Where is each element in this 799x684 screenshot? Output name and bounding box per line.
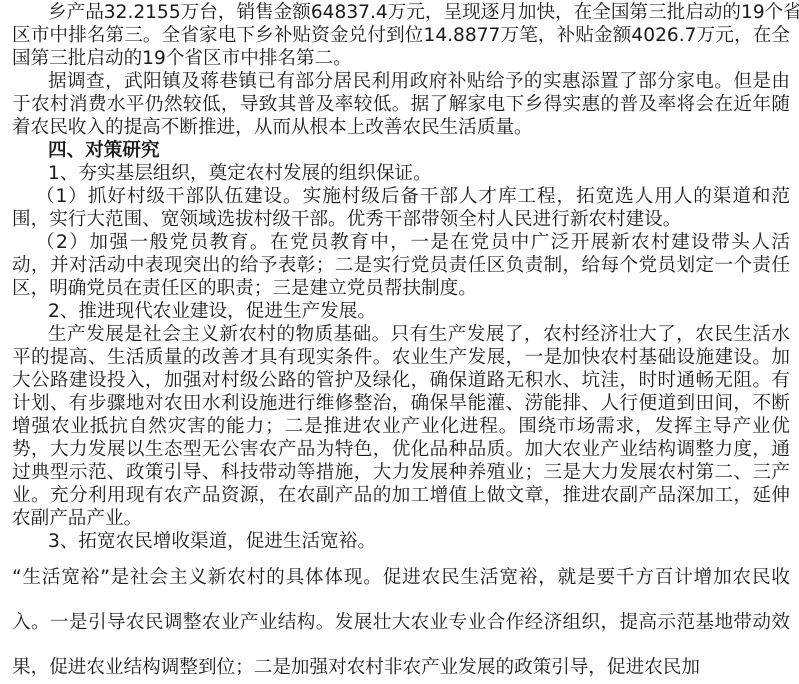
section-heading: 四、对策研究 xyxy=(48,139,790,162)
paragraph-line: 于农村消费水平仍然较低，导致其普及率较低。据了解家电下乡得实惠的普及率将会在近年… xyxy=(12,93,790,116)
paragraph-line: （2）加强一般党员教育。在党员教育中，一是在党员中广泛开展新农村建设带头人活 xyxy=(36,231,790,254)
subsection-heading: 2、推进现代农业建设，促进生产发展。 xyxy=(48,300,790,323)
paragraph-line: 业。充分利用现有农产品资源，在农副产品的加工增值上做文章，推进农副产品深加工，延… xyxy=(12,484,790,507)
paragraph-line: 农副产品产业。 xyxy=(12,507,790,530)
paragraph-line: 入。一是引导农民调整农业产业结构。发展壮大农业专业合作经济组织，提高示范基地带动… xyxy=(12,611,790,634)
paragraph-line: 国第三批启动的19个省区市中排名第二。 xyxy=(12,47,790,70)
paragraph-line: 果，促进农业结构调整到位；二是加强对农村非农产业发展的政策引导，促进农民加 xyxy=(12,656,790,679)
paragraph-line: “生活宽裕”是社会主义新农村的具体体现。促进农民生活宽裕，就是要千方百计增加农民… xyxy=(12,566,790,589)
document-page: 乡产品32.2155万台，销售金额64837.4万元，呈现逐月加快，在全国第三批… xyxy=(0,0,799,684)
paragraph-line: 计划、有步骤地对农田水利设施进行维修整治，确保旱能灌、涝能排、人行便道到田间，不… xyxy=(12,392,790,415)
paragraph-line: 区市中排名第三。全省家电下乡补贴资金兑付到位14.8877万笔，补贴金额4026… xyxy=(12,24,790,47)
paragraph-line: 过典型示范、政策引导、科技带动等措施，大力发展种养殖业；三是大力发展农村第二、三… xyxy=(12,461,790,484)
paragraph-line: 生产发展是社会主义新农村的物质基础。只有生产发展了，农村经济壮大了，农民生活水 xyxy=(48,323,790,346)
paragraph-line: 平的提高、生活质量的改善才具有现实条件。农业生产发展，一是加快农村基础设施建设。… xyxy=(12,346,790,369)
paragraph-line: 动，并对活动中表现突出的给予表彰；二是实行党员责任区负责制，给每个党员划定一个责… xyxy=(12,254,790,277)
paragraph-line: 大公路建设投入，加强对村级公路的管护及绿化，确保道路无积水、坑洼，时时通畅无阻。… xyxy=(12,369,790,392)
paragraph-line: （1）抓好村级干部队伍建设。实施村级后备干部人才库工程，拓宽选人用人的渠道和范 xyxy=(36,185,790,208)
paragraph-line: 区，明确党员在责任区的职责；三是建立党员帮扶制度。 xyxy=(12,277,790,300)
paragraph-line: 势，大力发展以生态型无公害农产品为特色，优化品种品质。加大农业产业结构调整力度，… xyxy=(12,438,790,461)
subsection-heading: 3、拓宽农民增收渠道，促进生活宽裕。 xyxy=(48,530,790,553)
paragraph-line: 增强农业抵抗自然灾害的能力；二是推进农业产业化进程。围绕市场需求，发挥主导产业优 xyxy=(12,415,790,438)
paragraph-line: 着农民收入的提高不断推进，从而从根本上改善农民生活质量。 xyxy=(12,116,790,139)
paragraph-line: 围，实行大范围、宽领域选拔村级干部。优秀干部带领全村人民进行新农村建设。 xyxy=(12,208,790,231)
paragraph-line: 乡产品32.2155万台，销售金额64837.4万元，呈现逐月加快，在全国第三批… xyxy=(48,1,790,24)
paragraph-line: 据调查，武阳镇及蒋巷镇已有部分居民利用政府补贴给予的实惠添置了部分家电。但是由 xyxy=(48,70,790,93)
subsection-heading: 1、夯实基层组织，奠定农村发展的组织保证。 xyxy=(48,162,790,185)
